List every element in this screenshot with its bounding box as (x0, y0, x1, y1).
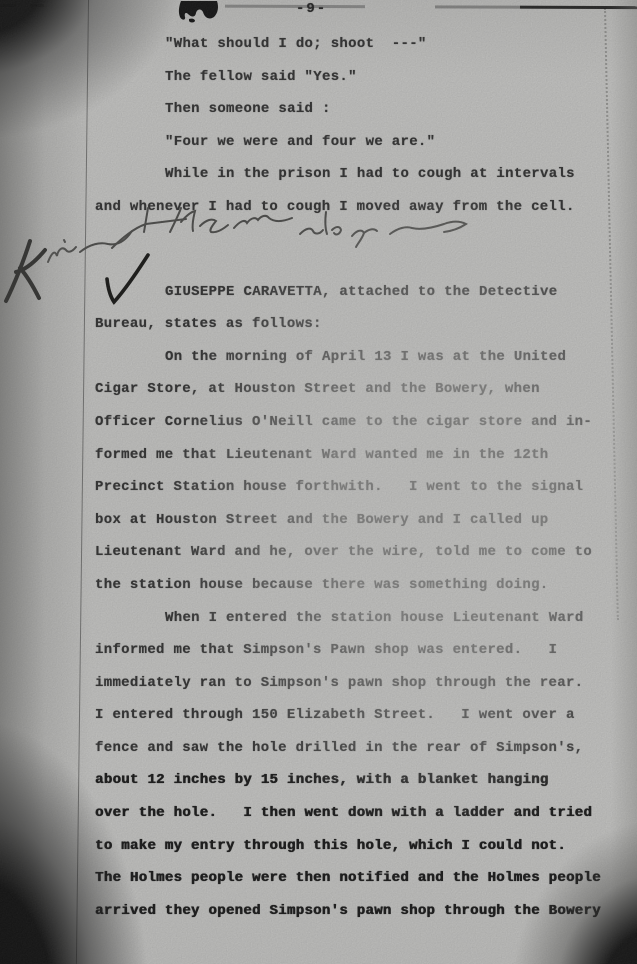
typed-line: over the hole. I then went down with a l… (95, 797, 615, 830)
typed-line: and whenever I had to cough I moved away… (95, 191, 615, 224)
typed-line: Then someone said : (95, 93, 615, 126)
page-number: -9- (296, 1, 327, 17)
typed-line: arrived they opened Simpson's pawn shop … (95, 895, 615, 928)
typed-line: box at Houston Street and the Bowery and… (95, 504, 615, 537)
typed-line: to make my entry through this hole, whic… (95, 830, 615, 863)
typed-line: Officer Cornelius O'Neill came to the ci… (95, 406, 615, 439)
typed-line: While in the prison I had to cough at in… (95, 158, 615, 191)
typed-line: When I entered the station house Lieuten… (95, 602, 615, 635)
left-fold-line (76, 0, 89, 964)
typed-line: Precinct Station house forthwith. I went… (95, 471, 615, 504)
typed-line: informed me that Simpson's Pawn shop was… (95, 634, 615, 667)
typed-line: The fellow said "Yes." (95, 61, 615, 94)
typed-line: I entered through 150 Elizabeth Street. … (95, 699, 615, 732)
typed-line: "Four we were and four we are." (95, 126, 615, 159)
typed-line: The Holmes people were then notified and… (95, 862, 615, 895)
scanned-document-page: -9- "What should I do; shoot ---"The fel… (0, 0, 637, 964)
handwriting-gap (95, 224, 615, 276)
typed-line: GIUSEPPE CARAVETTA, attached to the Dete… (95, 276, 615, 309)
typed-line: Lieutenant Ward and he, over the wire, t… (95, 536, 615, 569)
typed-line: about 12 inches by 15 inches, with a bla… (95, 764, 615, 797)
typed-line: fence and saw the hole drilled in the re… (95, 732, 615, 765)
typed-line: Cigar Store, at Houston Street and the B… (95, 373, 615, 406)
typed-line: On the morning of April 13 I was at the … (95, 341, 615, 374)
typed-line: Bureau, states as follows: (95, 308, 615, 341)
typed-line: "What should I do; shoot ---" (95, 28, 615, 61)
typed-line: formed me that Lieutenant Ward wanted me… (95, 439, 615, 472)
typed-line: immediately ran to Simpson's pawn shop t… (95, 667, 615, 700)
typed-text: "What should I do; shoot ---"The fellow … (95, 28, 615, 927)
typed-line: the station house because there was some… (95, 569, 615, 602)
